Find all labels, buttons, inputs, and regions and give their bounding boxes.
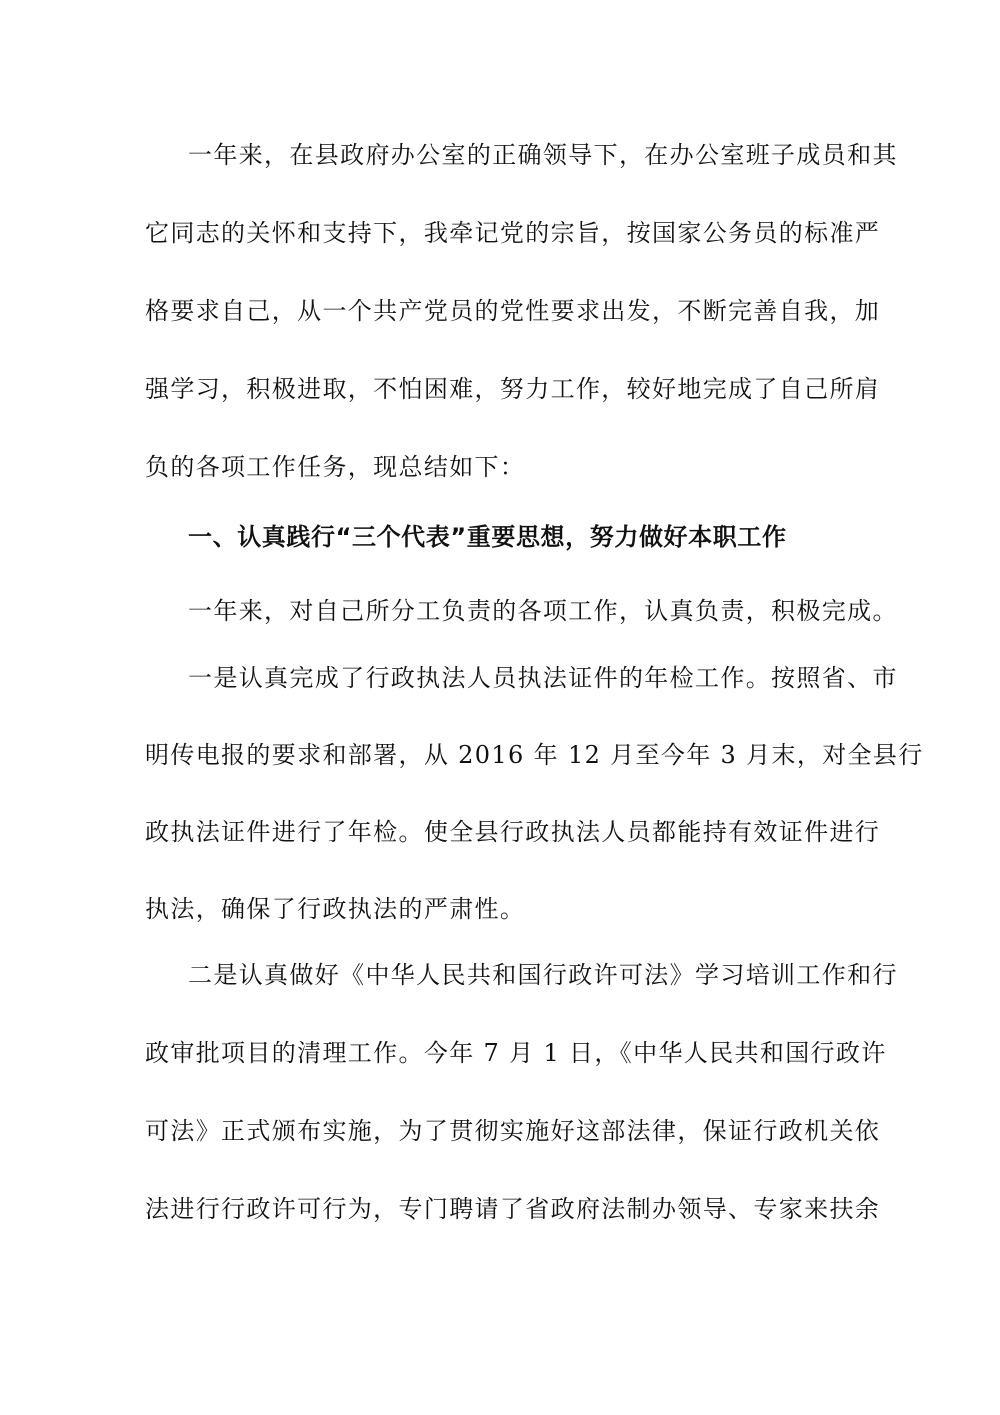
paragraph-line: 执法，确保了行政执法的严肃性。 bbox=[145, 894, 856, 924]
paragraph-line: 政执法证件进行了年检。使全县行政执法人员都能持有效证件进行 bbox=[145, 817, 856, 847]
paragraph-line: 一年来，在县政府办公室的正确领导下，在办公室班子成员和其 bbox=[188, 140, 856, 170]
paragraph-line: 政审批项目的清理工作。今年 7 月 1 日，《中华人民共和国行政许 bbox=[145, 1038, 856, 1068]
paragraph-line: 负的各项工作任务，现总结如下： bbox=[145, 452, 856, 482]
paragraph-line: 一是认真完成了行政执法人员执法证件的年检工作。按照省、市 bbox=[188, 663, 856, 693]
paragraph-line: 二是认真做好《中华人民共和国行政许可法》学习培训工作和行 bbox=[188, 960, 856, 990]
paragraph-line: 它同志的关怀和支持下，我牵记党的宗旨，按国家公务员的标准严 bbox=[145, 218, 856, 248]
paragraph-line: 明传电报的要求和部署，从 2016 年 12 月至今年 3 月末，对全县行 bbox=[145, 740, 856, 770]
paragraph-line: 法进行行政许可行为，专门聘请了省政府法制办领导、专家来扶余 bbox=[145, 1194, 856, 1224]
section-heading: 一、认真践行“三个代表”重要思想，努力做好本职工作 bbox=[188, 522, 856, 552]
paragraph-line: 格要求自己，从一个共产党员的党性要求出发，不断完善自我，加 bbox=[145, 296, 856, 326]
paragraph-line: 强学习，积极进取，不怕困难，努力工作，较好地完成了自己所肩 bbox=[145, 374, 856, 404]
paragraph-line: 一年来，对自己所分工负责的各项工作，认真负责，积极完成。 bbox=[188, 596, 856, 626]
paragraph-line: 可法》正式颁布实施，为了贯彻实施好这部法律，保证行政机关依 bbox=[145, 1116, 856, 1146]
document-page: 一年来，在县政府办公室的正确领导下，在办公室班子成员和其 它同志的关怀和支持下，… bbox=[0, 0, 1000, 1415]
